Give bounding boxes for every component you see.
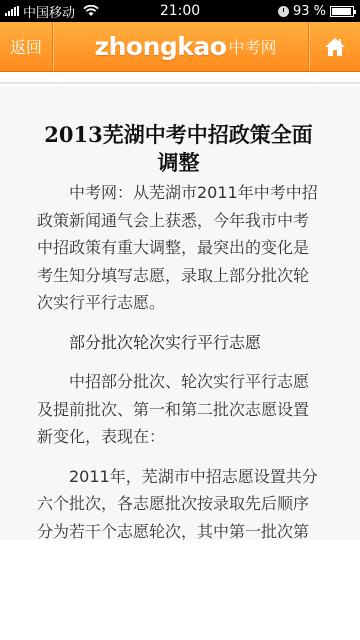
status-bar: 中国移动 21:00 93 % [0,0,360,22]
article-paragraph: 中考网：从芜湖市2011年中考中招政策新闻通气会上获悉，今年我市中考中招政策有重… [37,179,320,317]
clock-icon [278,6,289,17]
header-divider [0,72,360,84]
logo-text-cn: 中考网 [228,35,276,58]
home-button[interactable] [308,22,360,71]
article-subheading: 部分批次轮次实行平行志愿 [37,329,320,357]
logo-text-en: zhongkao [95,32,227,61]
article-paragraph: 中招部分批次、轮次实行平行志愿及提前批次、第一和第二批次志愿设置新变化，表现在： [37,368,320,451]
article-paragraph: 2011年，芜湖市中招志愿设置共分六个批次，各志愿批次按录取先后顺序分为若干个志… [37,463,320,541]
battery-percent: 93 % [293,4,326,19]
app-header: 返回 zhongkao 中考网 [0,22,360,72]
signal-icon [5,6,19,16]
home-icon [324,37,346,57]
wifi-icon [83,5,99,17]
zhongkao-logo[interactable]: zhongkao 中考网 [53,22,308,71]
battery-icon [330,6,354,17]
article-title: 2013芜湖中考中招政策全面调整 [37,121,320,177]
carrier-name: 中国移动 [23,2,75,21]
back-button[interactable]: 返回 [0,22,53,71]
article-content[interactable]: 2013芜湖中考中招政策全面调整 中考网：从芜湖市2011年中考中招政策新闻通气… [0,86,360,540]
